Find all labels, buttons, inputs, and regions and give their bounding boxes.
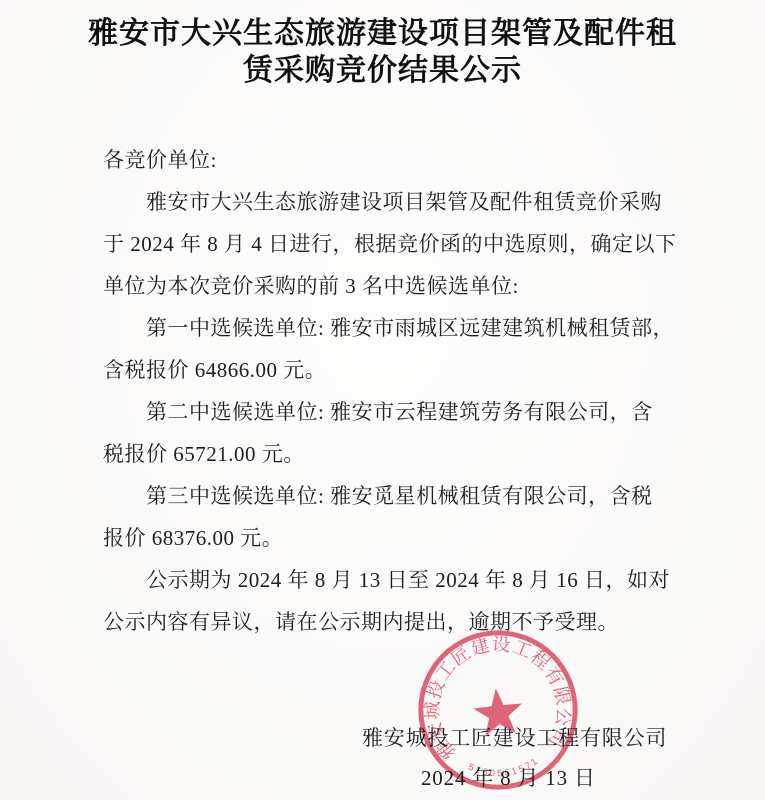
body-line: 于 2024 年 8 月 4 日进行，根据竞价函的中选原则，确定以下 [103,223,703,265]
body-line-salutation: 各竞价单位: [103,139,703,181]
body-line-notice-period: 公示期为 2024 年 8 月 13 日至 2024 年 8 月 16 日，如对 [103,559,703,601]
company-seal: 雅安城投工匠建设工程有限公司 5180561571 [400,612,596,800]
document-title-line1: 雅安市大兴生态旅游建设项目架管及配件租 [0,15,765,52]
document-page: 雅安市大兴生态旅游建设项目架管及配件租 赁采购竞价结果公示 各竞价单位: 雅安市… [0,0,765,800]
document-title: 雅安市大兴生态旅游建设项目架管及配件租 赁采购竞价结果公示 [0,15,765,89]
document-title-line2: 赁采购竞价结果公示 [0,52,765,89]
body-line-candidate-1-price: 含税报价 64866.00 元。 [103,349,703,391]
document-body: 各竞价单位: 雅安市大兴生态旅游建设项目架管及配件租赁竞价采购 于 2024 年… [103,139,703,643]
body-line-candidate-1: 第一中选候选单位: 雅安市雨城区远建建筑机械租赁部， [103,307,703,349]
body-line-candidate-3-price: 报价 68376.00 元。 [103,517,703,559]
body-line: 雅安市大兴生态旅游建设项目架管及配件租赁竞价采购 [103,181,703,223]
company-seal-graphic: 雅安城投工匠建设工程有限公司 5180561571 [400,612,596,800]
body-line: 单位为本次竞价采购的前 3 名中选候选单位: [103,265,703,307]
body-line-candidate-2: 第二中选候选单位: 雅安市云程建筑劳务有限公司，含 [103,391,703,433]
seal-star-icon [471,686,524,737]
body-line-candidate-3: 第三中选候选单位: 雅安觅星机械租赁有限公司，含税 [103,475,703,517]
body-line-candidate-2-price: 税报价 65721.00 元。 [103,433,703,475]
